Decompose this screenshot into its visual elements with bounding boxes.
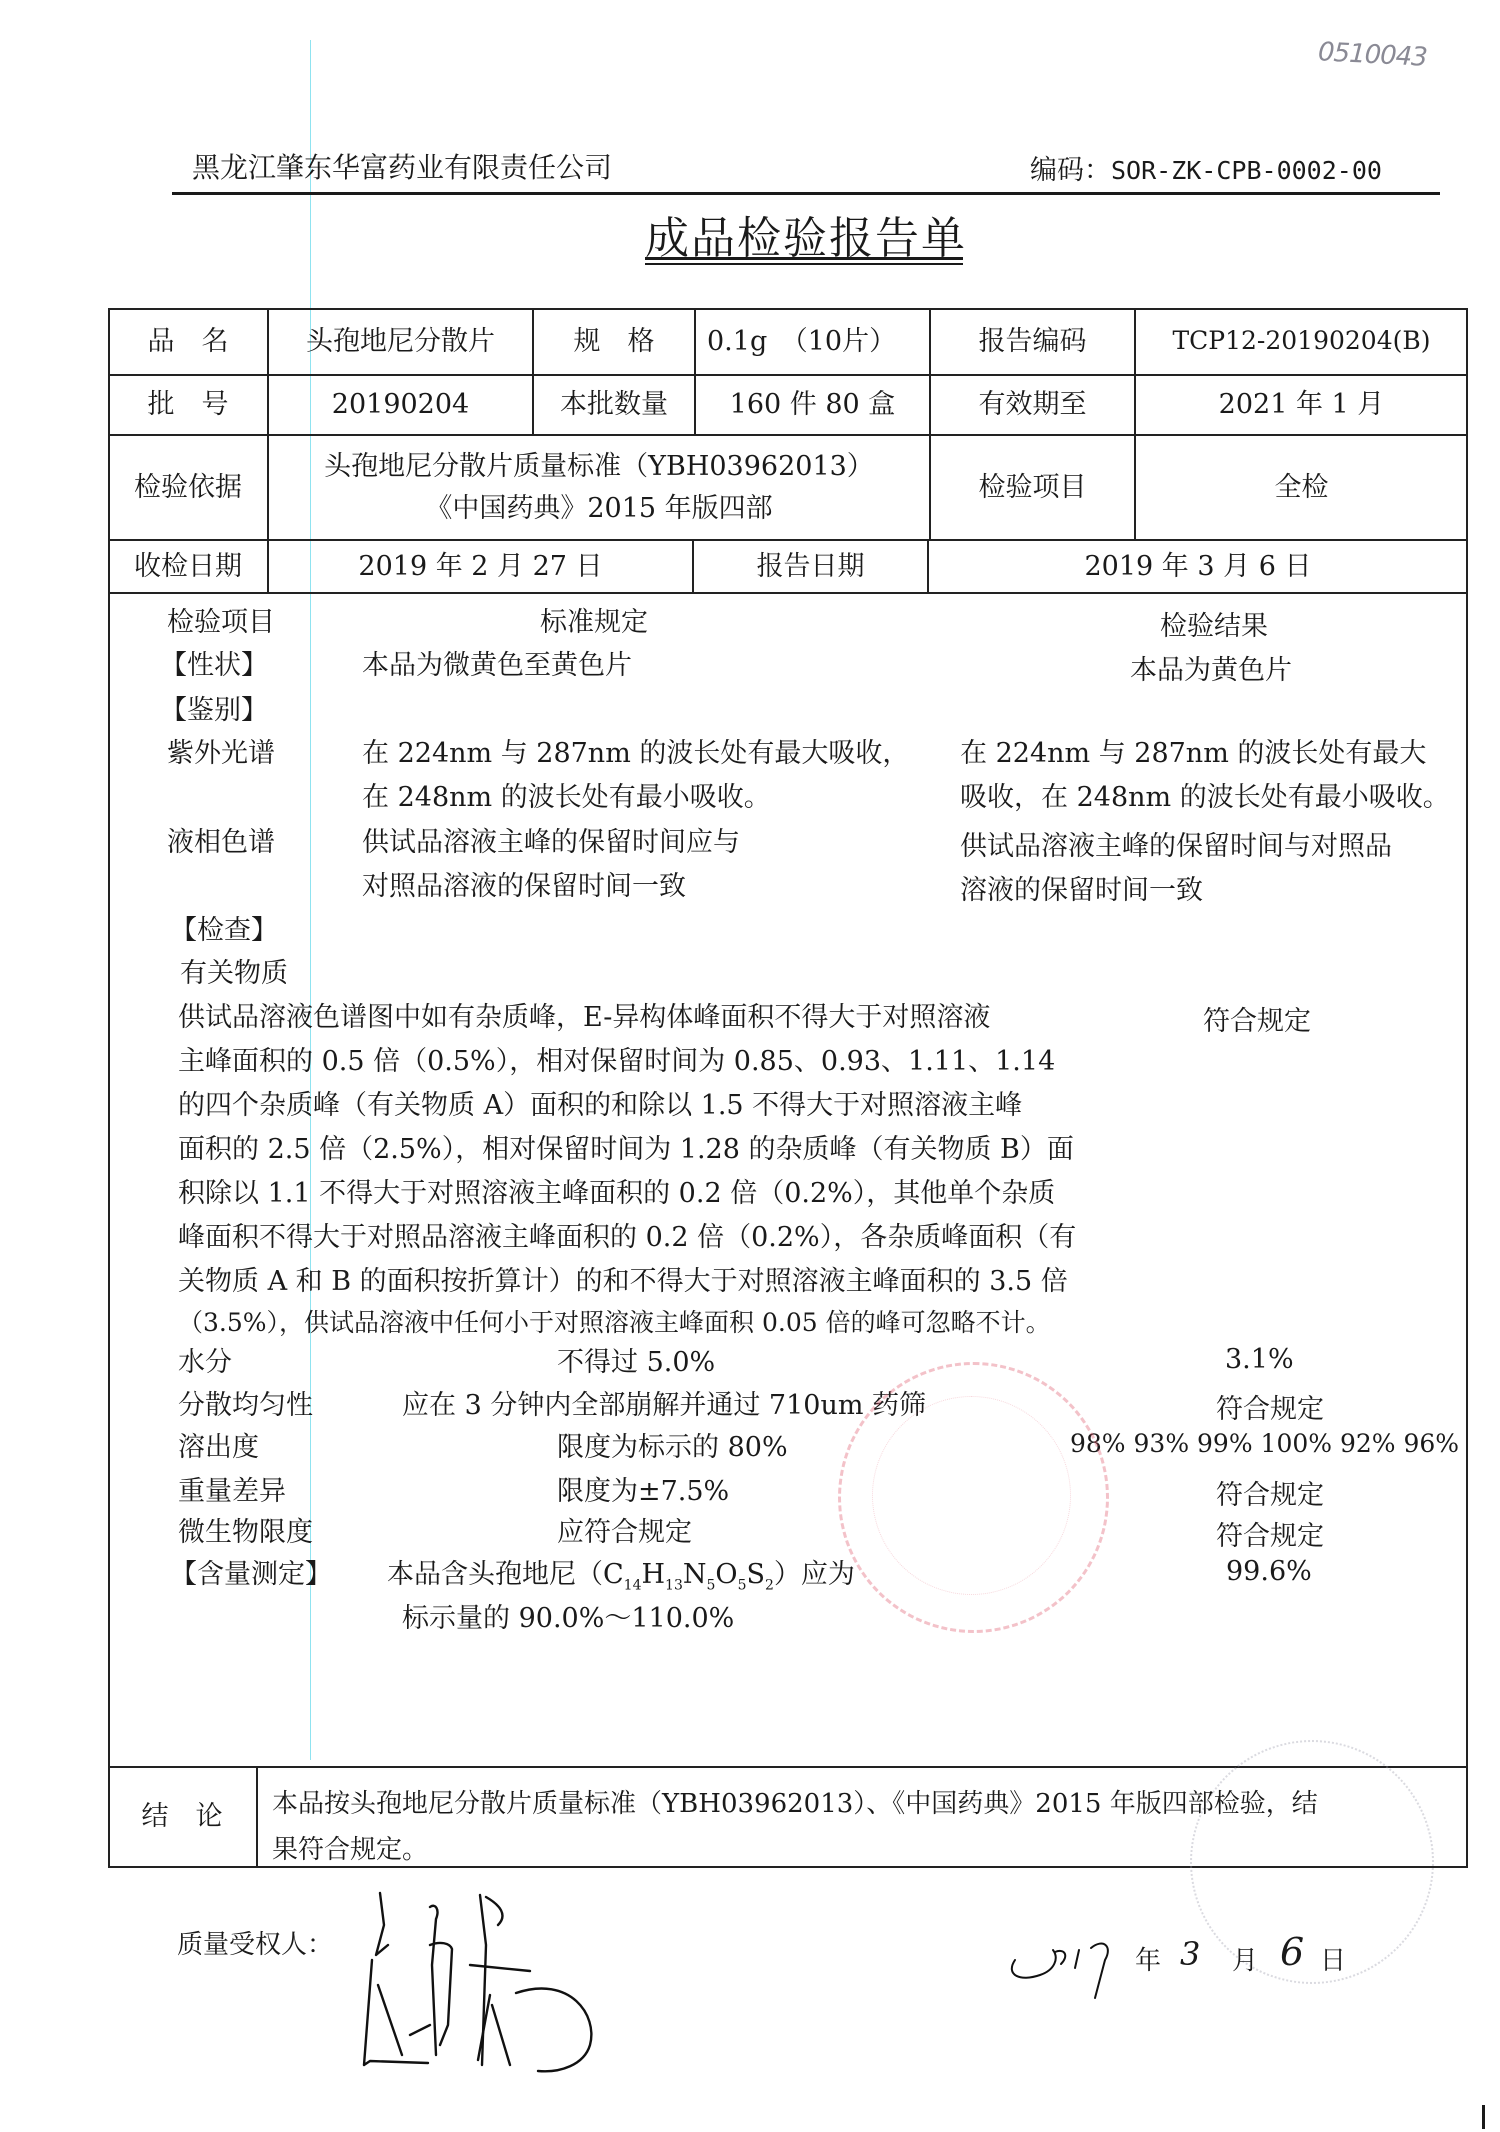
water-label: 水分 [178, 1340, 232, 1379]
microbial-standard: 应符合规定 [557, 1510, 692, 1549]
assay-formula-suffix: ）应为 [774, 1559, 855, 1590]
related-line-3: 的四个杂质峰（有关物质 A）面积的和除以 1.5 不得大于对照溶液主峰 [178, 1083, 1022, 1122]
basis-line-2: 《中国药典》2015 年版四部 [425, 488, 772, 530]
identification-label: 【鉴别】 [160, 688, 268, 727]
related-line-2: 主峰面积的 0.5 倍（0.5%），相对保留时间为 0.85、0.93、1.11… [178, 1039, 1055, 1078]
handwritten-signature [340, 1885, 660, 2085]
related-result: 符合规定 [1203, 999, 1311, 1038]
assay-standard-line-1: 本品含头孢地尼（C14H13N5O5S2）应为 [387, 1552, 855, 1593]
hplc-label: 液相色谱 [167, 820, 275, 859]
quantity-label: 本批数量 [533, 375, 695, 435]
assay-standard-line-2: 标示量的 90.0%～110.0% [402, 1596, 734, 1635]
report-number-label: 报告编码 [930, 308, 1135, 375]
conclusion-label: 结 论 [108, 1767, 256, 1867]
related-substances-label: 有关物质 [180, 951, 288, 990]
dissolution-result: 98% 93% 99% 100% 92% 96% [1070, 1429, 1459, 1458]
formula-element: H [642, 1559, 666, 1590]
related-line-4: 面积的 2.5 倍（2.5%），相对保留时间为 1.28 的杂质峰（有关物质 B… [178, 1127, 1074, 1166]
hplc-standard-line-1: 供试品溶液主峰的保留时间应与 [362, 820, 740, 859]
basis-line-1: 头孢地尼分散片质量标准（YBH03962013） [324, 446, 874, 488]
col-header-item: 检验项目 [167, 600, 275, 639]
dispersion-standard: 应在 3 分钟内全部崩解并通过 710um 药筛 [402, 1383, 926, 1422]
company-name: 黑龙江肇东华富药业有限责任公司 [192, 146, 612, 186]
basis-label: 检验依据 [108, 435, 268, 540]
col-header-standard: 标准规定 [540, 600, 648, 639]
report-date-label: 报告日期 [693, 540, 928, 593]
assay-formula-prefix: 本品含头孢地尼（C [387, 1559, 624, 1590]
title-underline [645, 257, 963, 260]
assay-label: 【含量测定】 [170, 1552, 332, 1591]
conclusion-line-2: 果符合规定。 [272, 1829, 428, 1866]
batch-value: 20190204 [268, 375, 533, 435]
inspection-label: 【检查】 [170, 908, 278, 947]
weight-variation-standard: 限度为±7.5% [557, 1469, 729, 1508]
faded-seal [1190, 1740, 1434, 1984]
related-line-7: 关物质 A 和 B 的面积按折算计）的和不得大于对照溶液主峰面积的 3.5 倍 [178, 1259, 1068, 1298]
document-code: 编码：SOR-ZK-CPB-0002-00 [1030, 148, 1382, 187]
header-rule [172, 192, 1440, 195]
date-day: 6 [1280, 1930, 1304, 1974]
expiry-label: 有效期至 [930, 375, 1135, 435]
microbial-label: 微生物限度 [178, 1510, 313, 1549]
conclusion-line-1: 本品按头孢地尼分散片质量标准（YBH03962013）、《中国药典》2015 年… [272, 1783, 1318, 1820]
appearance-result: 本品为黄色片 [1130, 648, 1292, 687]
batch-label: 批 号 [108, 375, 268, 435]
product-name-label: 品 名 [108, 308, 268, 375]
microbial-result: 符合规定 [1216, 1514, 1324, 1553]
formula-element: S [746, 1559, 765, 1590]
company-seal-inner-ring [872, 1396, 1071, 1595]
quantity-value: 160 件 80 盒 [695, 375, 930, 435]
product-name-value: 头孢地尼分散片 [268, 308, 533, 375]
dissolution-standard: 限度为标示的 80% [557, 1425, 788, 1464]
appearance-standard: 本品为微黄色至黄色片 [362, 643, 632, 682]
formula-element: O [715, 1559, 737, 1590]
inspection-items-value: 全检 [1135, 435, 1468, 540]
date-day-unit: 日 [1320, 1940, 1346, 1977]
date-month-unit: 月 [1232, 1940, 1258, 1977]
authorized-person-label: 质量受权人： [177, 1924, 333, 1961]
water-result: 3.1% [1225, 1344, 1294, 1375]
date-year-unit: 年 [1135, 1940, 1161, 1977]
uv-standard-line-2: 在 248nm 的波长处有最小吸收。 [362, 775, 771, 814]
col-header-result: 检验结果 [1160, 604, 1268, 643]
dissolution-label: 溶出度 [178, 1425, 259, 1464]
spec-value: 0.1g （10片） [695, 308, 930, 375]
water-standard: 不得过 5.0% [557, 1340, 715, 1379]
report-date-value: 2019 年 3 月 6 日 [928, 540, 1468, 593]
expiry-value: 2021 年 1 月 [1135, 375, 1468, 435]
formula-subscript: 13 [665, 1577, 683, 1593]
appearance-label: 【性状】 [160, 643, 268, 682]
handwritten-archive-number: 0510043 [1317, 37, 1427, 73]
related-line-1: 供试品溶液色谱图中如有杂质峰，E-异构体峰面积不得大于对照溶液 [178, 995, 990, 1034]
spec-label: 规 格 [533, 308, 695, 375]
assay-result: 99.6% [1226, 1556, 1312, 1587]
col-divider [256, 1766, 258, 1868]
formula-subscript: 2 [765, 1577, 774, 1593]
hplc-result-line-1: 供试品溶液主峰的保留时间与对照品 [960, 824, 1392, 863]
hplc-standard-line-2: 对照品溶液的保留时间一致 [362, 864, 686, 903]
uv-label: 紫外光谱 [167, 731, 275, 770]
document-code-label: 编码： [1030, 155, 1111, 186]
dispersion-result: 符合规定 [1216, 1387, 1324, 1426]
received-date-value: 2019 年 2 月 27 日 [268, 540, 693, 593]
formula-subscript: 14 [624, 1577, 642, 1593]
received-date-label: 收检日期 [108, 540, 268, 593]
weight-variation-label: 重量差异 [178, 1469, 286, 1508]
date-month: 3 [1180, 1935, 1200, 1973]
scan-edge-mark [1482, 2105, 1485, 2129]
weight-variation-result: 符合规定 [1216, 1473, 1324, 1512]
uv-result-line-2: 吸收，在 248nm 的波长处有最小吸收。 [960, 775, 1450, 814]
dispersion-label: 分散均匀性 [178, 1383, 313, 1422]
formula-element: N [683, 1559, 707, 1590]
report-number-value: TCP12-20190204(B) [1135, 308, 1468, 375]
uv-result-line-1: 在 224nm 与 287nm 的波长处有最大 [960, 731, 1426, 770]
related-line-5: 积除以 1.1 不得大于对照溶液主峰面积的 0.2 倍（0.2%），其他单个杂质 [178, 1171, 1055, 1210]
uv-standard-line-1: 在 224nm 与 287nm 的波长处有最大吸收， [362, 731, 909, 770]
title-underline-2 [645, 263, 963, 265]
related-line-6: 峰面积不得大于对照品溶液主峰面积的 0.2 倍（0.2%），各杂质峰面积（有 [178, 1215, 1076, 1254]
inspection-items-label: 检验项目 [930, 435, 1135, 540]
hplc-result-line-2: 溶液的保留时间一致 [960, 868, 1203, 907]
related-line-8: （3.5%），供试品溶液中任何小于对照溶液主峰面积 0.05 倍的峰可忽略不计。 [178, 1303, 1051, 1339]
basis-value: 头孢地尼分散片质量标准（YBH03962013） 《中国药典》2015 年版四部 [268, 435, 930, 540]
document-code-value: SOR-ZK-CPB-0002-00 [1111, 156, 1382, 185]
